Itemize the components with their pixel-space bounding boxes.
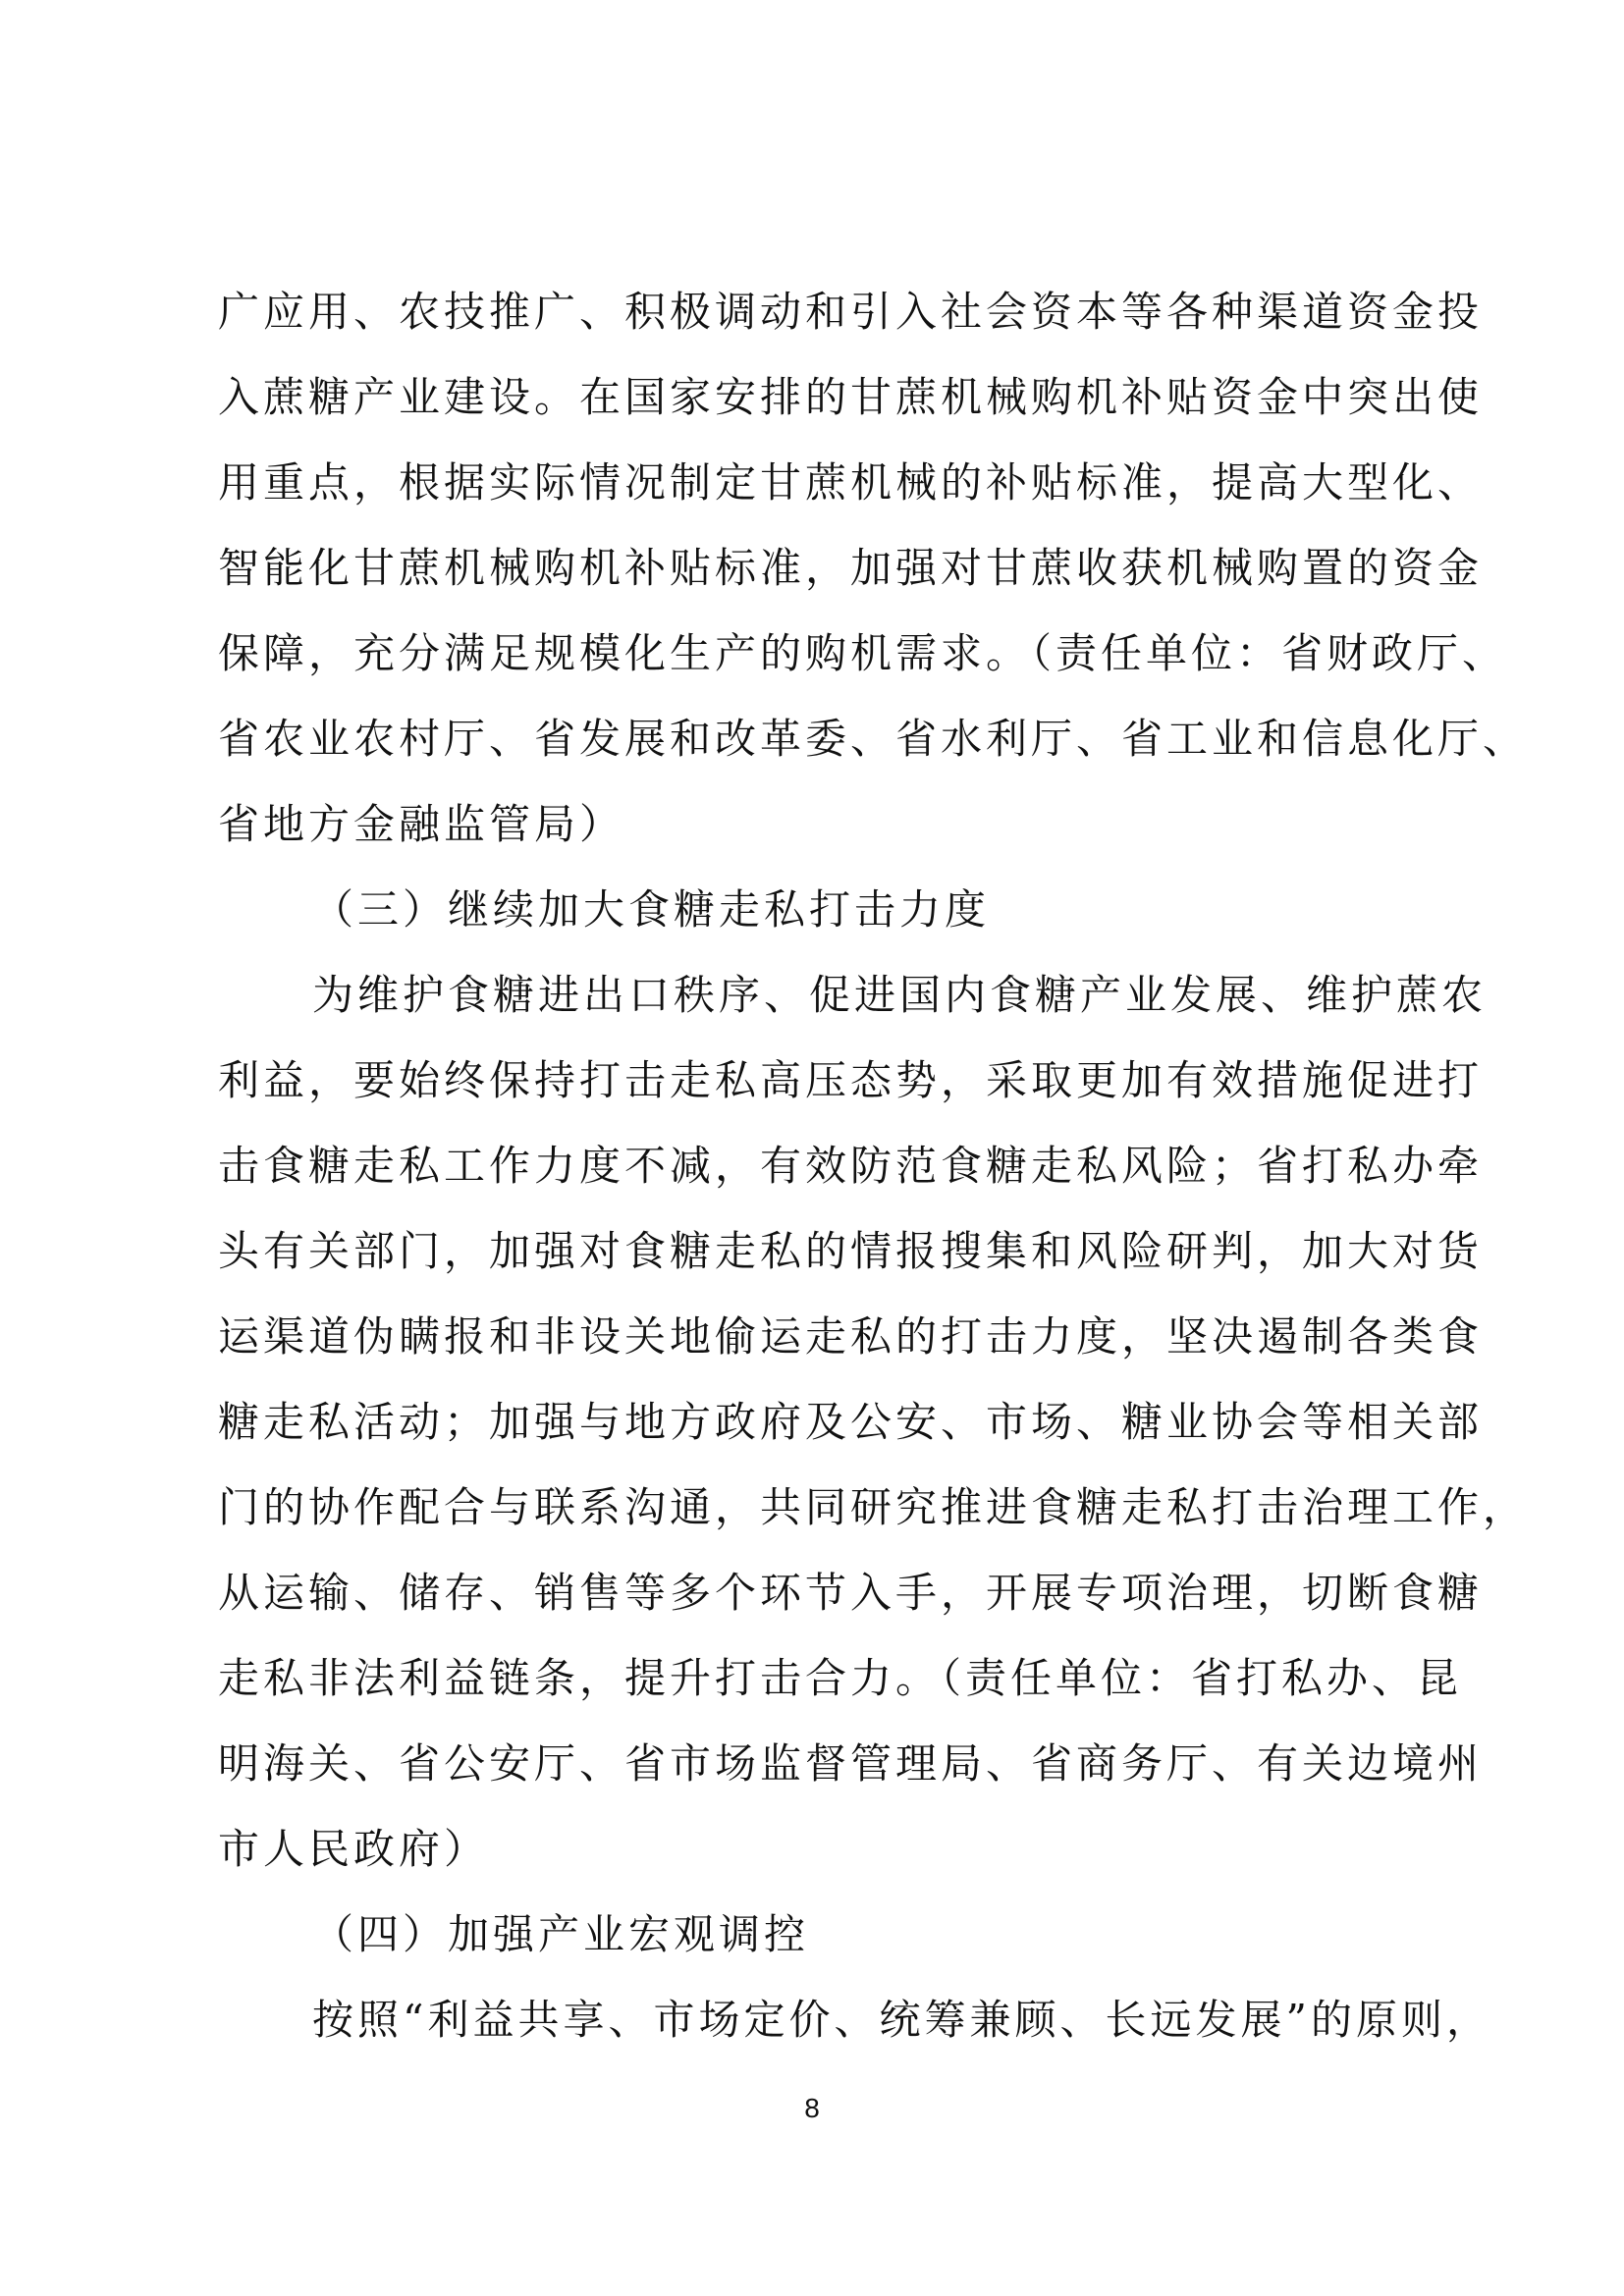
text-line: 省地方金融监管局） — [218, 794, 1406, 880]
text-line: 从运输、储存、销售等多个环节入手，开展专项治理，切断食糖 — [218, 1563, 1406, 1648]
section-heading-4: （四）加强产业宏观调控 — [218, 1904, 1406, 1990]
text-line: 门的协作配合与联系沟通，共同研究推进食糖走私打击治理工作， — [218, 1477, 1435, 1563]
text-line: 击食糖走私工作力度不减，有效防范食糖走私风险；省打私办牵 — [218, 1136, 1406, 1221]
text-line: 入蔗糖产业建设。在国家安排的甘蔗机械购机补贴资金中突出使 — [218, 367, 1406, 453]
page-number: 8 — [0, 2093, 1624, 2124]
text-line: 运渠道伪瞒报和非设关地偷运走私的打击力度，坚决遏制各类食 — [218, 1307, 1406, 1392]
text-line: 明海关、省公安厅、省市场监督管理局、省商务厅、有关边境州 — [218, 1734, 1406, 1819]
section-heading-3: （三）继续加大食糖走私打击力度 — [218, 880, 1406, 965]
text-line: 用重点，根据实际情况制定甘蔗机械的补贴标准，提高大型化、 — [218, 453, 1406, 538]
text-line: 头有关部门，加强对食糖走私的情报搜集和风险研判，加大对货 — [218, 1221, 1406, 1307]
document-page: 广应用、农技推广、积极调动和引入社会资本等各种渠道资金投 入蔗糖产业建设。在国家… — [0, 0, 1624, 2296]
paragraph-funding-support: 广应用、农技推广、积极调动和引入社会资本等各种渠道资金投 入蔗糖产业建设。在国家… — [218, 282, 1406, 880]
text-line: 省农业农村厅、省发展和改革委、省水利厅、省工业和信息化厅、 — [218, 709, 1406, 794]
text-line: 为维护食糖进出口秩序、促进国内食糖产业发展、维护蔗农 — [218, 965, 1406, 1050]
page-body: 广应用、农技推广、积极调动和引入社会资本等各种渠道资金投 入蔗糖产业建设。在国家… — [218, 282, 1406, 2075]
paragraph-macro-control: 按照“利益共享、市场定价、统筹兼顾、长远发展”的原则， — [218, 1990, 1406, 2075]
text-line: 广应用、农技推广、积极调动和引入社会资本等各种渠道资金投 — [218, 282, 1406, 367]
text-line: 智能化甘蔗机械购机补贴标准，加强对甘蔗收获机械购置的资金 — [218, 538, 1406, 623]
text-line: 按照“利益共享、市场定价、统筹兼顾、长远发展”的原则， — [218, 1990, 1406, 2075]
text-line: 糖走私活动；加强与地方政府及公安、市场、糖业协会等相关部 — [218, 1392, 1406, 1477]
text-line: 市人民政府） — [218, 1819, 1406, 1904]
paragraph-anti-smuggling: 为维护食糖进出口秩序、促进国内食糖产业发展、维护蔗农 利益，要始终保持打击走私高… — [218, 965, 1406, 1904]
text-line: 利益，要始终保持打击走私高压态势，采取更加有效措施促进打 — [218, 1050, 1406, 1136]
text-line: 保障，充分满足规模化生产的购机需求。（责任单位：省财政厅、 — [218, 623, 1406, 709]
text-line: 走私非法利益链条，提升打击合力。（责任单位：省打私办、昆 — [218, 1648, 1406, 1734]
